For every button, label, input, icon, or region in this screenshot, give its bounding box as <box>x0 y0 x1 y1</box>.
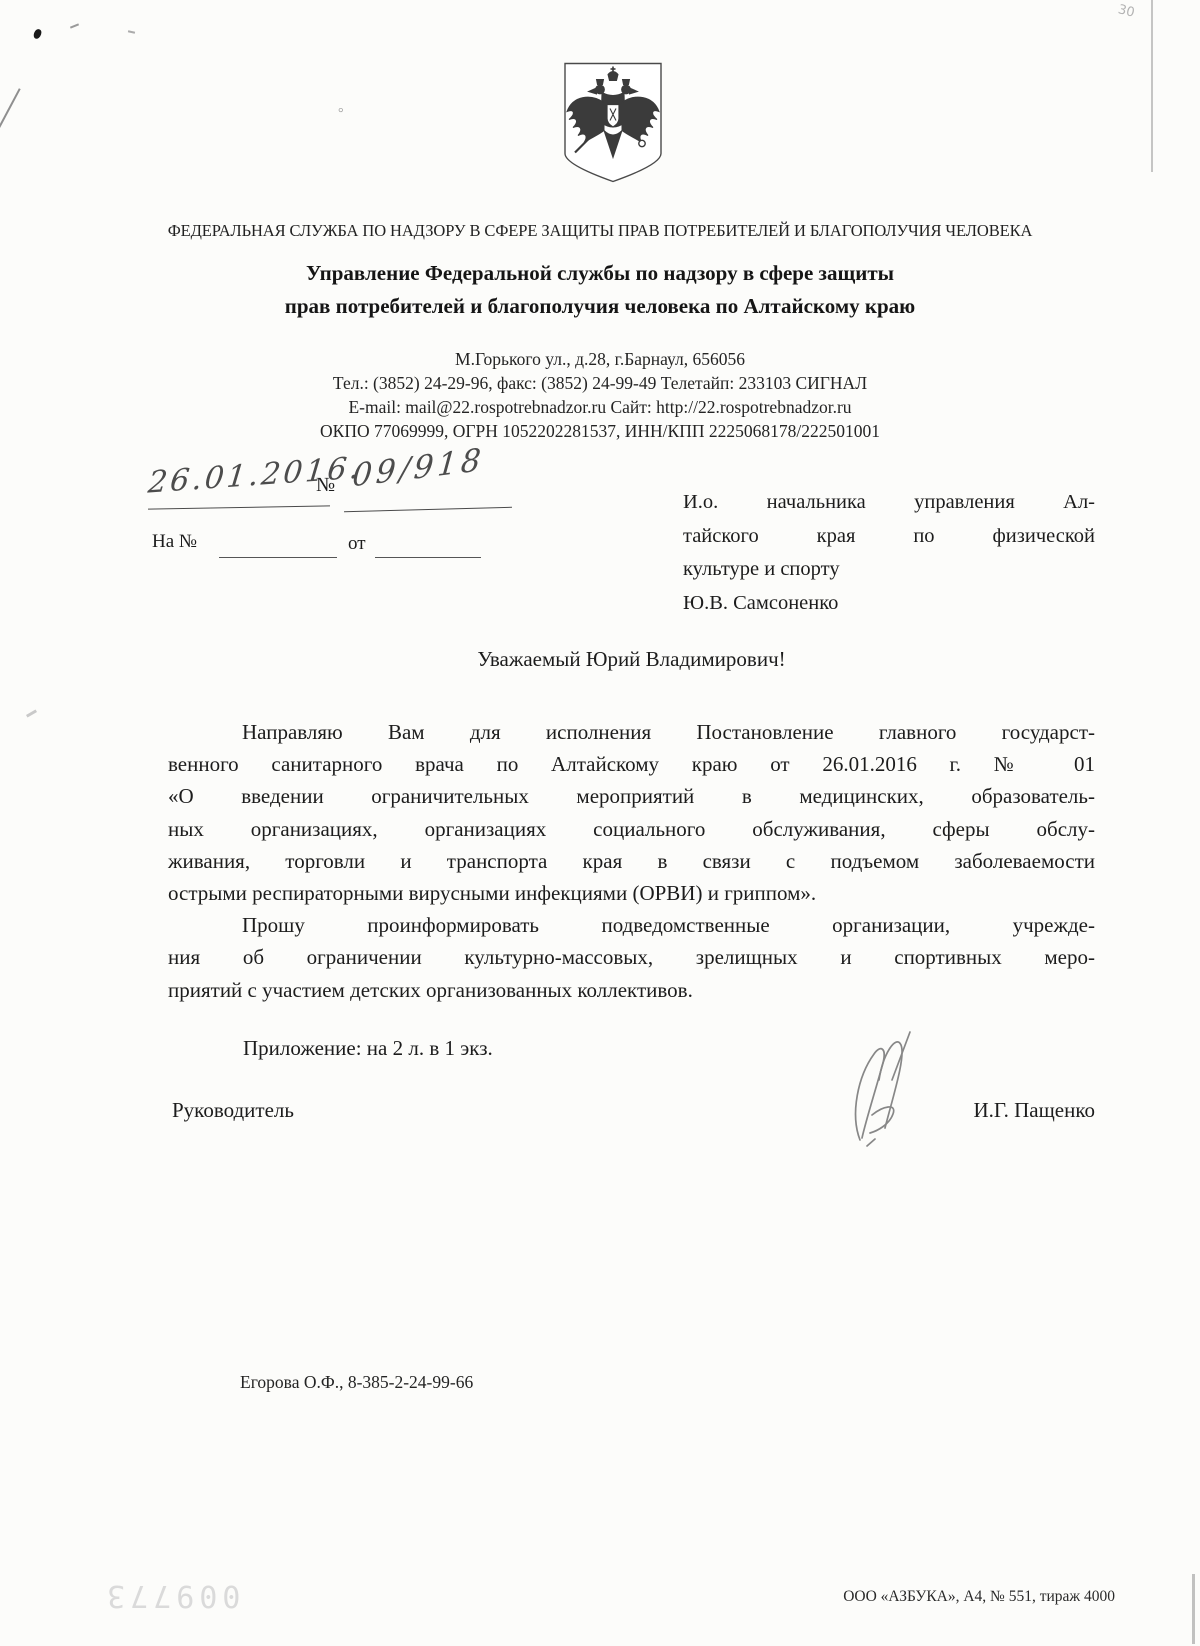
pen-slash-artifact <box>0 88 21 130</box>
reply-from-label: от <box>348 533 366 555</box>
date-underline <box>148 505 330 509</box>
letter-body: Направляю Вам для исполнения Постановлен… <box>168 716 1095 1006</box>
body-line: острыми респираторными вирусными инфекци… <box>168 877 1095 909</box>
email-line: E-mail: mail@22.rospotrebnadzor.ru Сайт:… <box>0 397 1200 418</box>
speck-artifact: ° <box>338 106 344 122</box>
recipient-line: тайского края по физической <box>683 520 1095 554</box>
phone-line: Тел.: (3852) 24-29-96, факс: (3852) 24-9… <box>0 373 1200 394</box>
body-line: приятий с участием детских организованны… <box>168 974 1095 1006</box>
recipient-block: И.о. начальника управления Ал- тайского … <box>683 486 1095 620</box>
handwritten-outgoing-number: 09/918 <box>351 442 486 495</box>
signature-scribble <box>822 1018 952 1153</box>
pen-tick-artifact <box>70 23 79 28</box>
ink-dot-artifact <box>33 28 43 40</box>
executor-line: Егорова О.Ф., 8-385-2-24-99-66 <box>240 1372 473 1393</box>
salutation: Уважаемый Юрий Владимирович! <box>168 647 1095 672</box>
reply-number-underline <box>219 557 337 558</box>
recipient-name: Ю.В. Самсоненко <box>683 587 1095 621</box>
signer-title: Руководитель <box>172 1098 294 1123</box>
number-sign: № <box>316 474 335 497</box>
scan-edge-line-artifact <box>1192 1574 1195 1644</box>
margin-mark-artifact <box>26 709 37 717</box>
body-line: живания, торговли и транспорта края в св… <box>168 845 1095 877</box>
reply-date-underline <box>375 557 481 558</box>
recipient-line: культуре и спорту <box>683 553 1095 587</box>
body-line: венного санитарного врача по Алтайскому … <box>168 748 1095 780</box>
department-name-line2: прав потребителей и благополучия человек… <box>0 294 1200 319</box>
department-name-line1: Управление Федеральной службы по надзору… <box>0 261 1200 286</box>
corner-mark-artifact: 30 <box>1116 2 1136 21</box>
address-line: М.Горького ул., д.28, г.Барнаул, 656056 <box>0 349 1200 370</box>
number-underline <box>344 507 512 512</box>
body-line: «О введении ограничительных мероприятий … <box>168 780 1095 812</box>
stamp-number: 009773 <box>102 1578 240 1613</box>
attachment-line: Приложение: на 2 л. в 1 экз. <box>243 1036 493 1061</box>
print-footer: ООО «АЗБУКА», А4, № 551, тираж 4000 <box>795 1588 1115 1606</box>
signer-name: И.Г. Пащенко <box>945 1098 1095 1123</box>
reply-to-label: На № <box>152 531 197 553</box>
body-line: Прошу проинформировать подведомственные … <box>168 909 1095 941</box>
scan-edge-line-artifact <box>1151 0 1153 172</box>
scanned-letter-page: 30 ° <box>0 0 1200 1646</box>
body-line: ных организациях, организациях социально… <box>168 813 1095 845</box>
body-line: ния об ограничении культурно-массовых, з… <box>168 941 1095 973</box>
codes-line: ОКПО 77069999, ОГРН 1052202281537, ИНН/К… <box>0 421 1200 442</box>
pen-tick-artifact <box>128 30 135 33</box>
russian-coat-of-arms-icon <box>558 60 668 186</box>
body-line: Направляю Вам для исполнения Постановлен… <box>168 716 1095 748</box>
agency-name: ФЕДЕРАЛЬНАЯ СЛУЖБА ПО НАДЗОРУ В СФЕРЕ ЗА… <box>0 221 1200 241</box>
recipient-line: И.о. начальника управления Ал- <box>683 486 1095 520</box>
